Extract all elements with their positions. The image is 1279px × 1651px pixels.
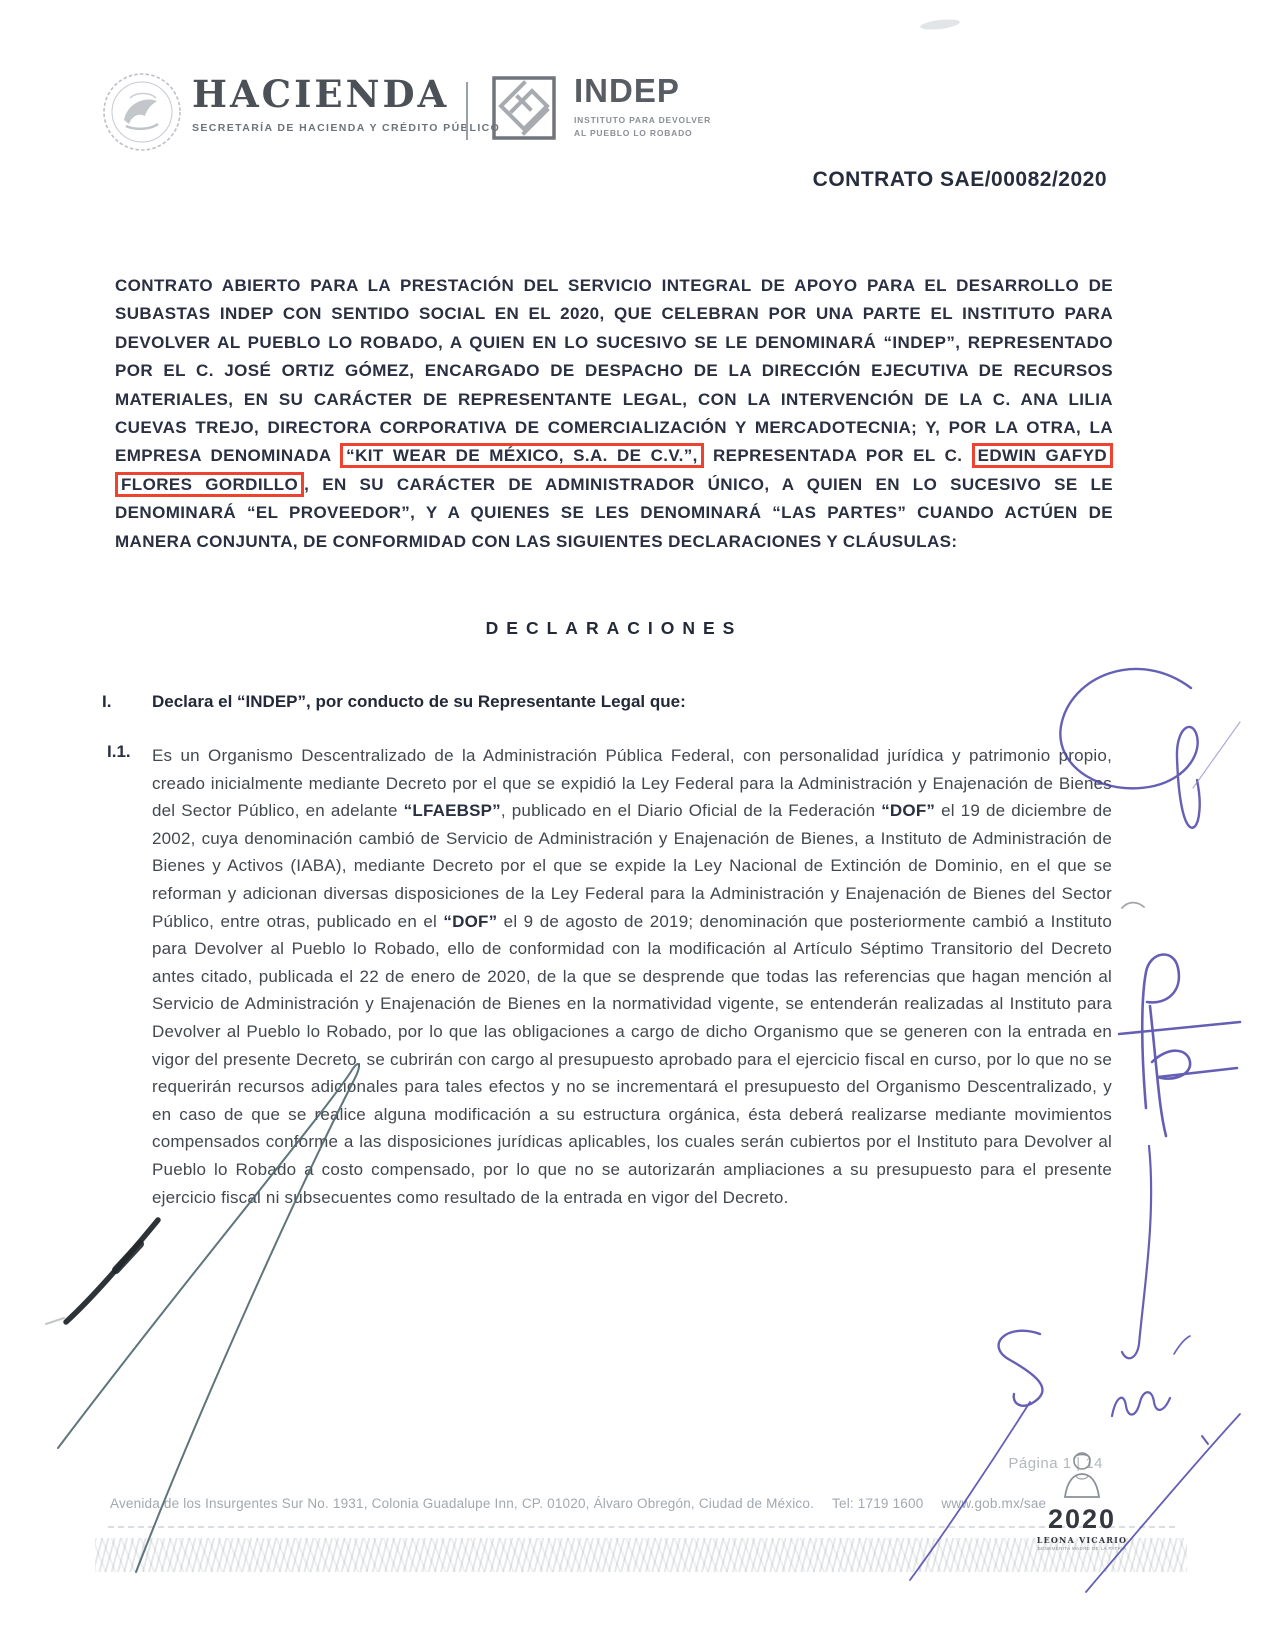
section-title: Declara el “INDEP”, por conducto de su R… [100, 692, 1113, 712]
abbr-dof: “DOF” [443, 912, 497, 931]
footer-phone: Tel: 1719 1600 [832, 1496, 923, 1511]
footer-divider [108, 1526, 1175, 1528]
leona-vicario-portrait-icon [1059, 1449, 1105, 1499]
contract-number: CONTRATO SAE/00082/2020 [813, 168, 1107, 192]
footer-address: Avenida de los Insurgentes Sur No. 1931,… [110, 1496, 814, 1511]
declaration-section-1: I. Declara el “INDEP”, por conducto de s… [100, 692, 1113, 712]
declarations-heading: DECLARACIONES [115, 618, 1113, 639]
item-text: , publicado en el Diario Oficial de la F… [501, 801, 881, 820]
pen-vertical-stroke-right-margin [1122, 1146, 1151, 1358]
indep-logo-icon [492, 76, 556, 140]
intro-paragraph: CONTRATO ABIERTO PARA LA PRESTACIÓN DEL … [115, 272, 1113, 556]
indep-subtitle-line2: AL PUEBLO LO ROBADO [574, 127, 711, 140]
decorative-pattern-band [95, 1538, 1187, 1572]
hacienda-wordmark: HACIENDA [192, 76, 500, 113]
scan-smudge [920, 18, 961, 32]
intro-text: REPRESENTADA POR EL C. [704, 446, 972, 465]
hacienda-subtitle: SECRETARÍA DE HACIENDA Y CRÉDITO PÚBLICO [192, 122, 500, 134]
pen-thick-slash-bottom-left [66, 1220, 158, 1322]
leona-vicario-2020-logo: 2020 LEONA VICARIO BENEMÉRITA MADRE DE L… [1032, 1449, 1132, 1551]
abbr-lfaebsp: “LFAEBSP” [404, 801, 501, 820]
footer-website: www.gob.mx/sae [941, 1496, 1046, 1511]
boxed-company-name: “KIT WEAR DE MÉXICO, S.A. DE C.V.”, [340, 443, 704, 468]
indep-wordmark: INDEP [574, 74, 711, 107]
item-number: I.1. [107, 742, 131, 762]
abbr-dof: “DOF” [881, 801, 935, 820]
header-divider [466, 82, 468, 140]
hacienda-seal-icon [100, 68, 184, 156]
pen-monogram-right-margin [1119, 955, 1240, 1136]
footer-address-line: Avenida de los Insurgentes Sur No. 1931,… [110, 1496, 1046, 1511]
indep-subtitle-line1: INSTITUTO PARA DEVOLVER [574, 114, 711, 127]
logo-subtitle: BENEMÉRITA MADRE DE LA PATRIA [1032, 1546, 1132, 1551]
item-paragraph: Es un Organismo Descentralizado de la Ad… [100, 742, 1112, 1211]
logo-year: 2020 [1032, 1506, 1132, 1533]
section-number: I. [102, 692, 111, 712]
logo-name: LEONA VICARIO [1032, 1535, 1132, 1545]
item-text: el 9 de agosto de 2019; denominación que… [152, 912, 1112, 1207]
declaration-item-1-1: I.1. Es un Organismo Descentralizado de … [100, 742, 1113, 1211]
intro-text: CONTRATO ABIERTO PARA LA PRESTACIÓN DEL … [115, 276, 1113, 465]
